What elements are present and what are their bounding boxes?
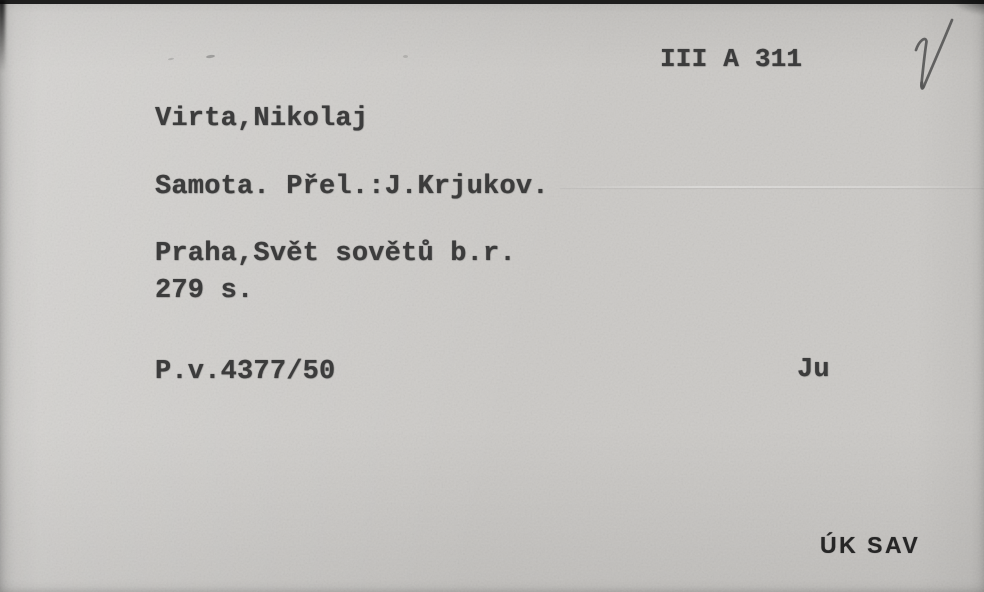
- title-statement: Samota. Přel.:J.Krjukov.: [155, 172, 549, 202]
- imprint: Praha,Svět sovětů b.r.: [155, 239, 516, 269]
- library-stamp: ÚK SAV: [820, 532, 920, 559]
- paper-speck: [403, 55, 408, 58]
- collation: 279 s.: [155, 276, 253, 306]
- paper-speck: [206, 54, 215, 58]
- paper-crease: [560, 186, 984, 188]
- paper-texture: [0, 0, 984, 592]
- scan-corner-smudge-right: [948, 0, 984, 16]
- accession-number: P.v.4377/50: [155, 357, 335, 387]
- call-number: III A 311: [660, 44, 802, 74]
- catalog-card-scan: III A 311 Virta,Nikolaj Samota. Přel.:J.…: [0, 0, 984, 592]
- pencil-checkmark-icon: [905, 14, 965, 100]
- scan-corner-smudge-left: [0, 0, 5, 72]
- author-heading: Virta,Nikolaj: [155, 104, 368, 134]
- paper-speck: [168, 57, 174, 60]
- scan-edge-top: [0, 0, 984, 4]
- cataloguer-initials: Ju: [797, 355, 830, 385]
